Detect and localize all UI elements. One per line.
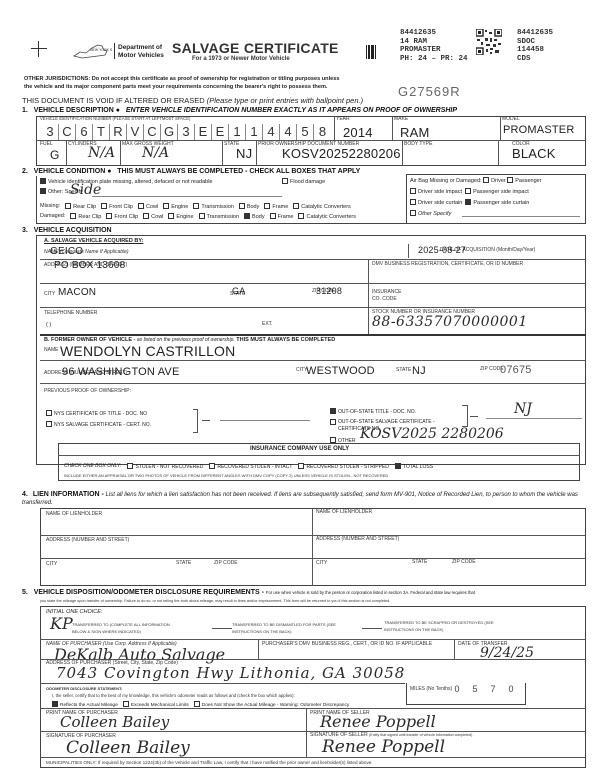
section-title: VEHICLE CONDITION ● bbox=[34, 168, 112, 175]
registration-crosshair bbox=[31, 41, 47, 57]
vin-char: 3 bbox=[178, 124, 195, 140]
section-2-heading: 2. VEHICLE CONDITION ● THIS MUST ALWAYS … bbox=[22, 168, 360, 175]
signature-seller-field[interactable]: Renee Poppell bbox=[322, 737, 445, 757]
missing-engine[interactable]: Engine bbox=[163, 203, 188, 210]
former-name-label: NAME bbox=[44, 348, 58, 354]
lienholder-2-zip-label: ZIP CODE bbox=[452, 560, 476, 566]
insurance-note: INCLUDE EITHER AN APPRAISAL OR TWO PHOTO… bbox=[64, 473, 388, 478]
former-name-field[interactable]: WENDOLYN CASTRILLON bbox=[60, 343, 235, 359]
insurance-use-title: INSURANCE COMPANY USE ONLY bbox=[250, 446, 349, 452]
stamp-make: 14 RAM bbox=[400, 38, 468, 47]
miles-digits[interactable]: 0 5 7 0 bbox=[430, 684, 520, 694]
vin-char: 4 bbox=[280, 124, 297, 140]
stamp-right-control: 84412635 bbox=[517, 29, 553, 38]
recovered-stripped-checkbox[interactable]: RECOVERED STOLEN - STRIPPED bbox=[298, 463, 388, 470]
oos-title-checkbox[interactable]: OUT-OF-STATE TITLE - DOC. NO. bbox=[330, 408, 416, 415]
stamp-model: PROMASTER bbox=[400, 46, 468, 55]
missing-catalytic[interactable]: Catalytic Converters bbox=[293, 203, 351, 210]
oos-doc-number-field[interactable]: KOSV2025 2280206 bbox=[360, 426, 504, 442]
municipalities-notice: MUNICIPALITIES ONLY: If required by Sect… bbox=[46, 760, 373, 765]
stamp-ph-pr: PH: 24 – PR: 24 bbox=[400, 55, 468, 64]
ext-label: EXT. bbox=[262, 322, 273, 328]
missing-label: Missing: bbox=[40, 203, 60, 210]
damaged-engine[interactable]: Engine bbox=[168, 213, 193, 220]
fuel-label: FUEL bbox=[40, 142, 53, 148]
section-number: 1. bbox=[22, 107, 28, 114]
void-text: THIS DOCUMENT IS VOID IF ALTERED OR ERAS… bbox=[22, 96, 205, 105]
fuel-field[interactable]: G bbox=[50, 148, 60, 162]
purchaser-address-field[interactable]: 7043 Covington Hwy Lithonia, GA 30058 bbox=[56, 664, 405, 682]
control-number: G27569R bbox=[398, 84, 461, 99]
vin-char: E bbox=[212, 124, 229, 140]
checkbox[interactable] bbox=[40, 188, 46, 194]
vin-field[interactable]: 3 C 6 T R V C G 3 E E 1 1 4 4 5 8 bbox=[42, 124, 332, 140]
missing-front-clip[interactable]: Front Clip bbox=[101, 203, 133, 210]
transferred-scrapped-option[interactable]: TRANSFERRED TO BE SCRAPPED OR DESTROYED … bbox=[384, 619, 504, 633]
svg-text:NEW YORK STATE: NEW YORK STATE bbox=[90, 48, 112, 52]
body-type-label: BODY TYPE bbox=[404, 142, 432, 148]
section-title: VEHICLE DESCRIPTION ● bbox=[34, 107, 120, 114]
vin-char: 6 bbox=[76, 124, 93, 140]
nys-map-logo: NEW YORK STATE bbox=[72, 42, 112, 60]
phone-label: TELEPHONE NUMBER bbox=[44, 311, 97, 317]
missing-rear-clip[interactable]: Rear Clip bbox=[65, 203, 96, 210]
stamp-right: 84412635 SDOC 114458 CDS bbox=[517, 29, 553, 63]
stamp-right-number: 114458 bbox=[517, 46, 553, 55]
missing-frame[interactable]: Frame bbox=[264, 203, 288, 210]
oos-bracket bbox=[462, 405, 468, 427]
dmv-registration-label: DMV BUSINESS REGISTRATION, CERTIFICATE, … bbox=[372, 262, 523, 268]
section-instruction: THIS MUST ALWAYS BE COMPLETED - CHECK AL… bbox=[117, 168, 360, 175]
lienholder-2-city-label: CITY bbox=[316, 561, 327, 567]
vin-char: 3 bbox=[42, 124, 59, 140]
acquired-zip-field[interactable]: 31208 bbox=[316, 286, 342, 296]
reflects-actual-checkbox[interactable]: Reflects the Actual Mileage bbox=[52, 701, 118, 708]
year-field[interactable]: 2014 bbox=[343, 125, 373, 140]
agency-name: Department of Motor Vehicles bbox=[118, 44, 164, 59]
damaged-frame[interactable]: Frame bbox=[270, 213, 294, 220]
missing-cowl[interactable]: Cowl bbox=[138, 203, 158, 210]
damaged-row: Damaged: Rear Clip Front Clip Cowl Engin… bbox=[40, 213, 356, 220]
odometer-options: Reflects the Actual Mileage Exceeds Mech… bbox=[52, 701, 349, 708]
not-actual-checkbox[interactable]: Does Not Show the Actual Mileage - Warni… bbox=[194, 701, 350, 708]
vin-char: E bbox=[195, 124, 212, 140]
logo-divider bbox=[114, 43, 115, 59]
section-5-instruction: you state the mileage upon transfer of o… bbox=[40, 599, 390, 603]
vin-char: R bbox=[110, 124, 127, 140]
airbag-driver-checkbox[interactable]: Driver bbox=[483, 178, 506, 184]
void-hint: (Please type or print entries with ballp… bbox=[207, 96, 363, 105]
stock-number-field[interactable]: 88-63357070000001 bbox=[372, 314, 528, 330]
airbag-row-1: Air Bag Missing or Damaged: Driver Passe… bbox=[410, 177, 542, 184]
total-loss-checkbox[interactable]: TOTAL LOSS bbox=[395, 463, 433, 470]
stolen-not-recovered-checkbox[interactable]: STOLEN - NOT RECOVERED bbox=[127, 463, 203, 470]
agency-line-2: Motor Vehicles bbox=[118, 52, 164, 60]
lienholder-2-address-label: ADDRESS (Number and Street) bbox=[316, 537, 399, 543]
lien-info-box bbox=[40, 508, 586, 586]
acquisition-date-field[interactable]: 2025-08-27 bbox=[418, 245, 466, 255]
former-zip-field[interactable]: 07675 bbox=[500, 364, 532, 376]
former-city-field[interactable]: WESTWOOD bbox=[306, 365, 375, 377]
section-number: 2. bbox=[22, 168, 28, 175]
prior-doc-field[interactable]: KOSV20252280206 bbox=[282, 146, 401, 161]
signature-purchaser-field[interactable]: Colleen Bailey bbox=[66, 738, 190, 758]
acquired-city-label: CITY bbox=[44, 292, 55, 298]
print-purchaser-field[interactable]: Colleen Bailey bbox=[60, 713, 169, 731]
damaged-rear-clip[interactable]: Rear Clip bbox=[70, 213, 101, 220]
vin-char: V bbox=[127, 124, 144, 140]
damaged-body[interactable]: Body bbox=[244, 213, 265, 220]
make-field[interactable]: RAM bbox=[400, 125, 430, 140]
section-3-heading: 3. VEHICLE ACQUISITION bbox=[22, 227, 112, 234]
checkbox-label: Flood damage bbox=[290, 179, 325, 185]
section-1-heading: 1. VEHICLE DESCRIPTION ● ENTER VEHICLE I… bbox=[22, 107, 457, 114]
model-field[interactable]: PROMASTER bbox=[503, 124, 574, 136]
lienholder-1-city-label: CITY bbox=[46, 562, 57, 568]
checkbox[interactable] bbox=[40, 178, 46, 184]
vin-char: C bbox=[144, 124, 161, 140]
section-5-heading: 5. VEHICLE DISPOSITION/ODOMETER DISCLOSU… bbox=[22, 589, 475, 596]
acquired-address-field[interactable]: PO BOX 13608 bbox=[54, 260, 125, 271]
lienholder-2-state-label: STATE bbox=[412, 560, 427, 566]
acquired-by-title: A. SALVAGE VEHICLE ACQUIRED BY: bbox=[44, 238, 143, 244]
section-title: VEHICLE ACQUISITION bbox=[34, 227, 112, 234]
exceeds-limits-checkbox[interactable]: Exceeds Mechanical Limits bbox=[123, 701, 189, 708]
former-address-field[interactable]: 96 WASHINGTON AVE bbox=[62, 366, 180, 378]
airbag-row-2: Driver side impact Passenger side impact bbox=[410, 188, 529, 195]
odometer-title: ODOMETER DISCLOSURE STATEMENT: bbox=[46, 686, 122, 691]
missing-transmission[interactable]: Transmission bbox=[193, 203, 234, 210]
damaged-cowl[interactable]: Cowl bbox=[143, 213, 163, 220]
airbag-passenger-checkbox[interactable]: Passenger bbox=[507, 178, 541, 184]
phone-field[interactable]: ( ) bbox=[46, 322, 51, 328]
passenger-side-impact-checkbox[interactable]: Passenger side impact bbox=[465, 189, 529, 195]
notice-line-1: OTHER JURISDICTIONS: Do not accept this … bbox=[24, 76, 339, 84]
vin-char: 4 bbox=[263, 124, 280, 140]
model-label: MODEL bbox=[502, 117, 520, 123]
vin-char: 1 bbox=[229, 124, 246, 140]
stamp-right-code: CDS bbox=[517, 55, 553, 64]
recovered-intact-checkbox[interactable]: RECOVERED STOLEN - INTACT bbox=[209, 463, 292, 470]
section-number: 3. bbox=[22, 227, 28, 234]
airbag-row-3: Driver side curtain Passenger side curta… bbox=[410, 199, 529, 206]
driver-side-curtain-checkbox[interactable]: Driver side curtain bbox=[410, 200, 462, 206]
vin-label: VEHICLE IDENTIFICATION NUMBER (Please st… bbox=[40, 117, 190, 122]
make-label: MAKE bbox=[394, 117, 408, 123]
stamp-left: 84412635 14 RAM PROMASTER PH: 24 – PR: 2… bbox=[400, 29, 468, 63]
missing-body[interactable]: Body bbox=[239, 203, 260, 210]
vin-plate-checkbox[interactable]: Vehicle identification plate missing, al… bbox=[40, 178, 213, 185]
lienholder-1-state-label: STATE bbox=[176, 561, 191, 567]
lienholder-1-zip-label: ZIP CODE bbox=[214, 561, 238, 567]
notice-line-2: the vehicle and its major component part… bbox=[24, 84, 339, 92]
insurance-code-label: INSURANCE CO. CODE bbox=[372, 289, 401, 303]
damaged-front-clip[interactable]: Front Clip bbox=[106, 213, 138, 220]
state-field[interactable]: NJ bbox=[236, 146, 252, 161]
insurance-options-row: CHECK ONE BOX ONLY: STOLEN - NOT RECOVER… bbox=[64, 463, 433, 470]
void-notice: THIS DOCUMENT IS VOID IF ALTERED OR ERAS… bbox=[22, 96, 363, 105]
driver-side-impact-checkbox[interactable]: Driver side impact bbox=[410, 189, 462, 195]
purchaser-dmv-label: PURCHASER'S DMV BUSINESS REG., CERT., OR… bbox=[262, 642, 432, 648]
oos-state-field[interactable]: NJ bbox=[514, 401, 532, 417]
agency-line-1: Department of bbox=[118, 44, 164, 52]
document-subtitle: For a 1973 or Newer Motor Vehicle bbox=[192, 56, 290, 62]
color-field[interactable]: BLACK bbox=[512, 146, 556, 161]
vin-char: 1 bbox=[246, 124, 263, 140]
document-title: SALVAGE CERTIFICATE bbox=[172, 40, 339, 56]
acquired-city-field[interactable]: MACON bbox=[58, 287, 96, 298]
vin-char: 5 bbox=[297, 124, 314, 140]
damaged-label: Damaged: bbox=[40, 213, 65, 220]
qr-code-icon bbox=[476, 29, 502, 55]
odometer-text: I, the seller, certify that to the best … bbox=[52, 693, 295, 698]
flood-damage-checkbox[interactable]: Flood damage bbox=[282, 178, 325, 185]
vin-char: 8 bbox=[314, 124, 331, 140]
barcode-icon bbox=[366, 45, 376, 59]
nys-title-checkbox[interactable]: NYS CERTIFICATE OF TITLE - DOC. NO bbox=[46, 410, 147, 417]
year-label: YEAR bbox=[336, 117, 350, 123]
acquired-state-field[interactable]: GA bbox=[232, 286, 245, 296]
previous-proof-label: PREVIOUS PROOF OF OWNERSHIP: bbox=[44, 389, 131, 395]
checkbox[interactable] bbox=[282, 178, 288, 184]
lienholder-1-address-label: ADDRESS (Number and Street) bbox=[46, 538, 129, 544]
nys-bracket bbox=[193, 409, 198, 433]
transferred-dismantled-option[interactable]: TRANSFERRED TO BE DISMANTLED FOR PARTS (… bbox=[232, 621, 350, 635]
stamp-control: 84412635 bbox=[400, 29, 468, 38]
print-seller-field[interactable]: Renee Poppell bbox=[320, 712, 436, 731]
missing-row: Missing: Rear Clip Front Clip Cowl Engin… bbox=[40, 203, 351, 210]
airbag-label: Air Bag Missing or Damaged: bbox=[410, 178, 482, 184]
transferred-to-option[interactable]: TRANSFERRED TO (COMPLETE ALL INFORMATION… bbox=[72, 621, 172, 635]
passenger-side-curtain-checkbox[interactable]: Passenger side curtain bbox=[465, 200, 529, 206]
damaged-transmission[interactable]: Transmission bbox=[199, 213, 240, 220]
nys-salvage-checkbox[interactable]: NYS SALVAGE CERTIFICATE - CERT. NO. bbox=[46, 421, 151, 428]
acquired-name-field[interactable]: GEICO bbox=[50, 246, 83, 257]
former-state-label: STATE bbox=[396, 368, 411, 374]
lienholder-1-name-label: NAME OF LIENHOLDER bbox=[46, 512, 102, 518]
lienholder-2-name-label: NAME OF LIENHOLDER bbox=[316, 510, 372, 516]
vin-char: G bbox=[161, 124, 178, 140]
stamp-right-type: SDOC bbox=[517, 38, 553, 47]
section-4-heading: 4. LIEN INFORMATION - List all liens for… bbox=[22, 491, 582, 507]
vin-char: C bbox=[59, 124, 76, 140]
section-instruction: ENTER VEHICLE IDENTIFICATION NUMBER EXAC… bbox=[126, 107, 457, 114]
jurisdiction-notice: OTHER JURISDICTIONS: Do not accept this … bbox=[24, 76, 339, 91]
initial-mark[interactable]: KP bbox=[50, 614, 73, 633]
airbag-other-checkbox[interactable]: Other Specify bbox=[410, 211, 451, 217]
cylinders-field[interactable]: N/A bbox=[88, 145, 115, 161]
max-gross-field[interactable]: N/A bbox=[142, 145, 169, 161]
former-state-field[interactable]: NJ bbox=[412, 365, 426, 377]
airbag-row-4: Other Specify bbox=[410, 210, 451, 217]
vin-char: T bbox=[93, 124, 110, 140]
damaged-catalytic[interactable]: Catalytic Converters bbox=[298, 213, 356, 220]
